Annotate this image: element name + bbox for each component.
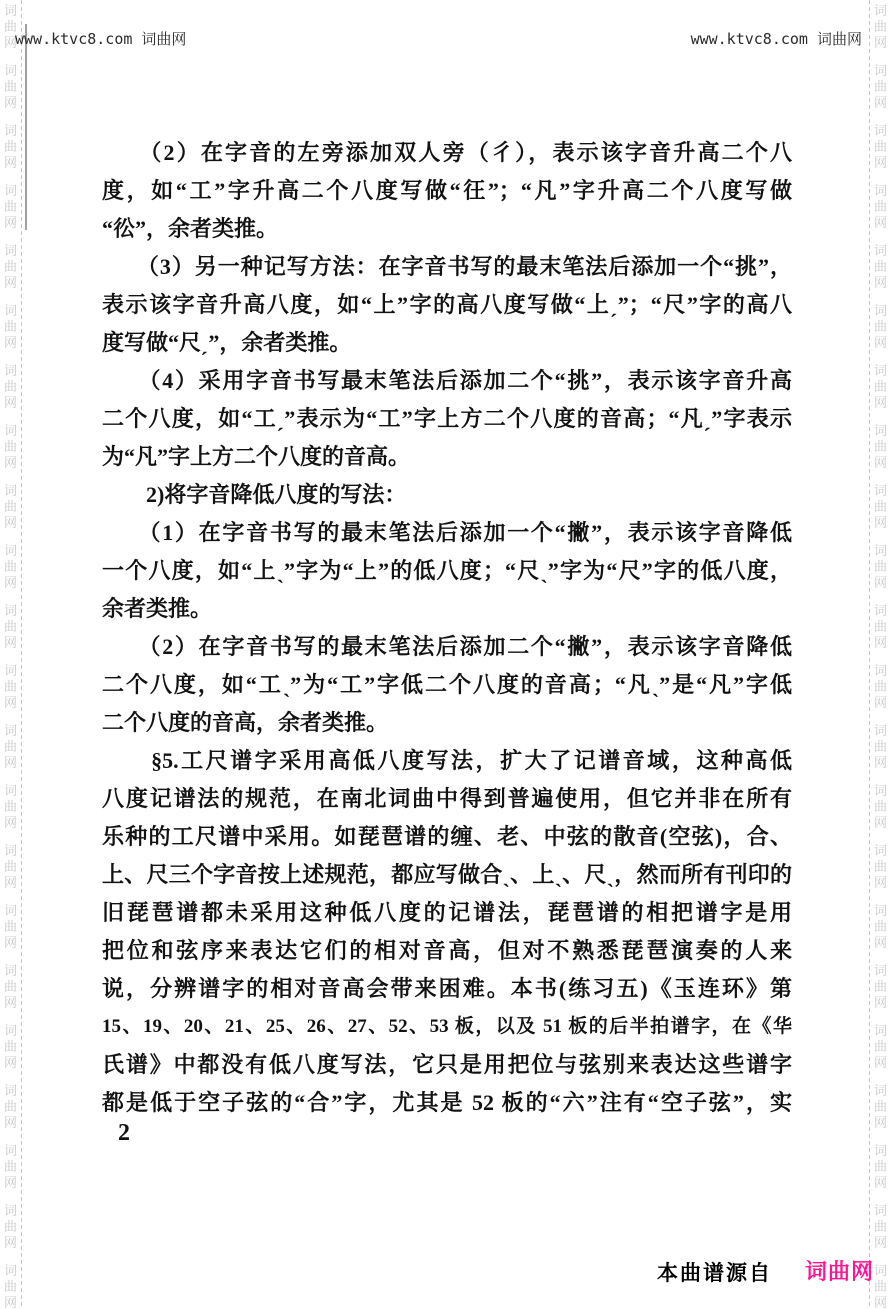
side-watermark-char: 词 bbox=[874, 184, 887, 197]
side-watermark-char: 词 bbox=[874, 1264, 887, 1277]
side-watermark-char: 曲 bbox=[4, 620, 17, 633]
side-watermark-char: 曲 bbox=[874, 500, 887, 513]
side-watermark-char: 词 bbox=[4, 544, 17, 557]
side-watermark-char: 曲 bbox=[4, 500, 17, 513]
text-line: 乐种的工尺谱中采用。如琵琶谱的缠、老、中弦的散音(空弦)，合、 bbox=[102, 818, 792, 856]
side-watermark-char: 网 bbox=[874, 156, 887, 169]
side-watermark-char: 词 bbox=[4, 1204, 17, 1217]
text-line: “彸”，余者类推。 bbox=[102, 210, 792, 248]
page-text: （2）在字音的左旁添加双人旁（彳），表示该字音升高二个八度，如“工”字升高二个八… bbox=[102, 134, 792, 1122]
side-watermark-char: 曲 bbox=[4, 320, 17, 333]
side-watermark-char: 曲 bbox=[874, 20, 887, 33]
top-right-watermark: www.ktvc8.com 词曲网 bbox=[691, 28, 862, 49]
text-line: 15、19、20、21、25、26、27、52、53 板，以及 51 板的后半拍… bbox=[102, 1008, 792, 1046]
side-watermark-char: 词 bbox=[4, 4, 17, 17]
side-watermark-char: 网 bbox=[4, 336, 17, 349]
side-watermark-char: 词 bbox=[4, 664, 17, 677]
side-watermark-char: 网 bbox=[4, 1056, 17, 1069]
text-line: 余者类推。 bbox=[102, 590, 792, 628]
side-watermark-char: 词 bbox=[874, 1084, 887, 1097]
side-watermark-char: 网 bbox=[874, 816, 887, 829]
side-watermark-char: 网 bbox=[4, 696, 17, 709]
side-watermark-char: 网 bbox=[4, 756, 17, 769]
text-line: 氏谱》中都没有低八度写法，它只是用把位与弦别来表达这些谱字 bbox=[102, 1046, 792, 1084]
side-watermark-char: 网 bbox=[4, 816, 17, 829]
text-line: 表示该字音升高八度，如“上”字的高八度写做“上ˏ”；“尺”字的高八 bbox=[102, 286, 792, 324]
page-number: 2 bbox=[118, 1114, 130, 1152]
side-watermark-char: 曲 bbox=[4, 1100, 17, 1113]
side-watermark-char: 网 bbox=[4, 1236, 17, 1249]
side-watermark-char: 网 bbox=[4, 1296, 17, 1309]
side-watermark-char: 曲 bbox=[874, 1280, 887, 1293]
side-watermark-char: 网 bbox=[874, 336, 887, 349]
text-line: 度写做“尺ˏ”，余者类推。 bbox=[102, 324, 792, 362]
side-watermark-char: 网 bbox=[4, 156, 17, 169]
side-watermark-char: 网 bbox=[874, 996, 887, 1009]
side-watermark-char: 曲 bbox=[874, 80, 887, 93]
side-watermark-char: 网 bbox=[874, 1116, 887, 1129]
side-watermark-char: 词 bbox=[874, 724, 887, 737]
scan-edge-line bbox=[25, 24, 27, 230]
side-watermark-char: 网 bbox=[4, 576, 17, 589]
side-watermark-char: 词 bbox=[874, 604, 887, 617]
side-watermark-char: 词 bbox=[4, 904, 17, 917]
side-watermark-char: 曲 bbox=[874, 980, 887, 993]
side-watermark-char: 网 bbox=[874, 216, 887, 229]
side-watermark-char: 曲 bbox=[4, 680, 17, 693]
side-watermark-char: 网 bbox=[4, 876, 17, 889]
side-watermark-char: 网 bbox=[874, 36, 887, 49]
side-watermark-char: 词 bbox=[874, 4, 887, 17]
side-watermark-char: 曲 bbox=[874, 320, 887, 333]
side-watermark-char: 词 bbox=[4, 364, 17, 377]
left-dashed-rule bbox=[21, 0, 22, 1309]
text-line: 二个八度的音高，余者类推。 bbox=[102, 704, 792, 742]
side-watermark-char: 词 bbox=[4, 1024, 17, 1037]
side-watermark-char: 词 bbox=[874, 784, 887, 797]
side-watermark-char: 网 bbox=[4, 96, 17, 109]
side-watermark-char: 网 bbox=[874, 696, 887, 709]
side-watermark-char: 词 bbox=[874, 1024, 887, 1037]
text-line: （2）在字音书写的最末笔法后添加二个“撇”，表示该字音降低 bbox=[102, 628, 792, 666]
text-line: 一个八度，如“上ˎ”字为“上”的低八度；“尺ˎ”字为“尺”字的低八度， bbox=[102, 552, 792, 590]
right-watermark-column: 词曲网词曲网词曲网词曲网词曲网词曲网词曲网词曲网词曲网词曲网词曲网词曲网词曲网词… bbox=[874, 0, 890, 1309]
side-watermark-char: 网 bbox=[4, 636, 17, 649]
side-watermark-char: 词 bbox=[874, 424, 887, 437]
side-watermark-char: 词 bbox=[874, 544, 887, 557]
side-watermark-char: 网 bbox=[874, 576, 887, 589]
side-watermark-char: 词 bbox=[4, 304, 17, 317]
side-watermark-char: 词 bbox=[4, 1084, 17, 1097]
side-watermark-char: 词 bbox=[4, 604, 17, 617]
top-left-watermark: www.ktvc8.com 词曲网 bbox=[15, 28, 186, 49]
side-watermark-char: 曲 bbox=[4, 200, 17, 213]
text-line: （2）在字音的左旁添加双人旁（彳），表示该字音升高二个八 bbox=[102, 134, 792, 172]
side-watermark-char: 曲 bbox=[4, 380, 17, 393]
side-watermark-char: 词 bbox=[874, 844, 887, 857]
side-watermark-char: 曲 bbox=[874, 1160, 887, 1173]
side-watermark-char: 曲 bbox=[4, 1280, 17, 1293]
text-line: 说，分辨谱字的相对音高会带来困难。本书(练习五)《玉连环》第 bbox=[102, 970, 792, 1008]
side-watermark-char: 网 bbox=[874, 456, 887, 469]
side-watermark-char: 网 bbox=[4, 936, 17, 949]
side-watermark-char: 曲 bbox=[4, 1160, 17, 1173]
side-watermark-char: 网 bbox=[874, 276, 887, 289]
side-watermark-char: 曲 bbox=[4, 800, 17, 813]
side-watermark-char: 词 bbox=[874, 124, 887, 137]
side-watermark-char: 网 bbox=[4, 456, 17, 469]
side-watermark-char: 词 bbox=[4, 124, 17, 137]
text-line: 上、尺三个字音按上述规范，都应写做合ˎ、上ˎ、尺ˎ，然而所有刊印的 bbox=[102, 856, 792, 894]
side-watermark-char: 曲 bbox=[874, 800, 887, 813]
side-watermark-char: 网 bbox=[4, 516, 17, 529]
text-line: 为“凡”字上方二个八度的音高。 bbox=[102, 438, 792, 476]
text-line: §5.工尺谱字采用高低八度写法，扩大了记谱音域，这种高低 bbox=[102, 742, 792, 780]
side-watermark-char: 曲 bbox=[874, 1220, 887, 1233]
side-watermark-char: 曲 bbox=[4, 860, 17, 873]
side-watermark-char: 词 bbox=[4, 844, 17, 857]
side-watermark-char: 网 bbox=[4, 996, 17, 1009]
text-line: 旧琵琶谱都未采用这种低八度的记谱法，琵琶谱的相把谱字是用 bbox=[102, 894, 792, 932]
side-watermark-char: 网 bbox=[874, 1236, 887, 1249]
side-watermark-char: 曲 bbox=[874, 140, 887, 153]
side-watermark-char: 词 bbox=[4, 724, 17, 737]
side-watermark-char: 曲 bbox=[4, 440, 17, 453]
right-dashed-rule bbox=[869, 0, 870, 1309]
side-watermark-char: 网 bbox=[874, 96, 887, 109]
side-watermark-char: 曲 bbox=[4, 1040, 17, 1053]
side-watermark-char: 曲 bbox=[874, 620, 887, 633]
side-watermark-char: 曲 bbox=[4, 1220, 17, 1233]
text-line: 二个八度，如“工ˎ”为“工”字低二个八度的音高；“凡ˎ”是“凡”字低 bbox=[102, 666, 792, 704]
side-watermark-char: 曲 bbox=[874, 1040, 887, 1053]
text-line: （3）另一种记写方法：在字音书写的最末笔法后添加一个“挑”， bbox=[102, 248, 792, 286]
side-watermark-char: 词 bbox=[4, 484, 17, 497]
side-watermark-char: 词 bbox=[874, 664, 887, 677]
side-watermark-char: 网 bbox=[874, 636, 887, 649]
footer-brand-link[interactable]: 词曲网 bbox=[805, 1255, 874, 1286]
side-watermark-char: 词 bbox=[874, 484, 887, 497]
text-line: 都是低于空子弦的“合”字，尤其是 52 板的“六”注有“空子弦”，实 bbox=[102, 1084, 792, 1122]
side-watermark-char: 词 bbox=[874, 904, 887, 917]
side-watermark-char: 曲 bbox=[874, 860, 887, 873]
side-watermark-char: 词 bbox=[4, 1144, 17, 1157]
text-line: 把位和弦序来表达它们的相对音高，但对不熟悉琵琶演奏的人来 bbox=[102, 932, 792, 970]
text-line: （4）采用字音书写最末笔法后添加二个“挑”，表示该字音升高 bbox=[102, 362, 792, 400]
side-watermark-char: 词 bbox=[4, 64, 17, 77]
side-watermark-char: 网 bbox=[4, 396, 17, 409]
side-watermark-char: 词 bbox=[874, 304, 887, 317]
side-watermark-char: 词 bbox=[4, 964, 17, 977]
side-watermark-char: 网 bbox=[874, 516, 887, 529]
side-watermark-char: 词 bbox=[874, 364, 887, 377]
side-watermark-char: 网 bbox=[874, 1176, 887, 1189]
text-line: 2)将字音降低八度的写法： bbox=[102, 476, 792, 514]
side-watermark-char: 曲 bbox=[874, 260, 887, 273]
side-watermark-char: 网 bbox=[4, 276, 17, 289]
side-watermark-char: 曲 bbox=[874, 440, 887, 453]
side-watermark-char: 词 bbox=[4, 784, 17, 797]
side-watermark-char: 曲 bbox=[4, 260, 17, 273]
side-watermark-char: 网 bbox=[874, 396, 887, 409]
side-watermark-char: 网 bbox=[874, 936, 887, 949]
side-watermark-char: 网 bbox=[874, 1056, 887, 1069]
side-watermark-char: 曲 bbox=[4, 920, 17, 933]
footer-source-label: 本曲谱源自 bbox=[657, 1257, 772, 1287]
side-watermark-char: 网 bbox=[874, 1296, 887, 1309]
side-watermark-char: 词 bbox=[4, 244, 17, 257]
side-watermark-char: 网 bbox=[4, 1116, 17, 1129]
text-line: 八度记谱法的规范，在南北词曲中得到普遍使用，但它并非在所有 bbox=[102, 780, 792, 818]
side-watermark-char: 词 bbox=[874, 1204, 887, 1217]
side-watermark-char: 曲 bbox=[874, 200, 887, 213]
side-watermark-char: 词 bbox=[4, 184, 17, 197]
side-watermark-char: 曲 bbox=[4, 740, 17, 753]
side-watermark-char: 词 bbox=[874, 964, 887, 977]
side-watermark-char: 曲 bbox=[874, 560, 887, 573]
side-watermark-char: 曲 bbox=[4, 80, 17, 93]
side-watermark-char: 曲 bbox=[874, 1100, 887, 1113]
side-watermark-char: 词 bbox=[4, 424, 17, 437]
side-watermark-char: 词 bbox=[874, 64, 887, 77]
side-watermark-char: 曲 bbox=[874, 380, 887, 393]
side-watermark-char: 词 bbox=[874, 244, 887, 257]
left-watermark-column: 词曲网词曲网词曲网词曲网词曲网词曲网词曲网词曲网词曲网词曲网词曲网词曲网词曲网词… bbox=[4, 0, 20, 1309]
side-watermark-char: 网 bbox=[874, 756, 887, 769]
text-line: （1）在字音书写的最末笔法后添加一个“撇”，表示该字音降低 bbox=[102, 514, 792, 552]
text-line: 二个八度，如“工ˏ”表示为“工”字上方二个八度的音高；“凡ˏ”字表示 bbox=[102, 400, 792, 438]
side-watermark-char: 曲 bbox=[4, 140, 17, 153]
side-watermark-char: 词 bbox=[4, 1264, 17, 1277]
side-watermark-char: 网 bbox=[4, 1176, 17, 1189]
side-watermark-char: 曲 bbox=[4, 560, 17, 573]
text-line: 度，如“工”字升高二个八度写做“彺”；“凡”字升高二个八度写做 bbox=[102, 172, 792, 210]
side-watermark-char: 曲 bbox=[874, 920, 887, 933]
side-watermark-char: 曲 bbox=[874, 680, 887, 693]
side-watermark-char: 词 bbox=[874, 1144, 887, 1157]
side-watermark-char: 网 bbox=[4, 216, 17, 229]
side-watermark-char: 曲 bbox=[4, 980, 17, 993]
side-watermark-char: 曲 bbox=[874, 740, 887, 753]
side-watermark-char: 网 bbox=[874, 876, 887, 889]
